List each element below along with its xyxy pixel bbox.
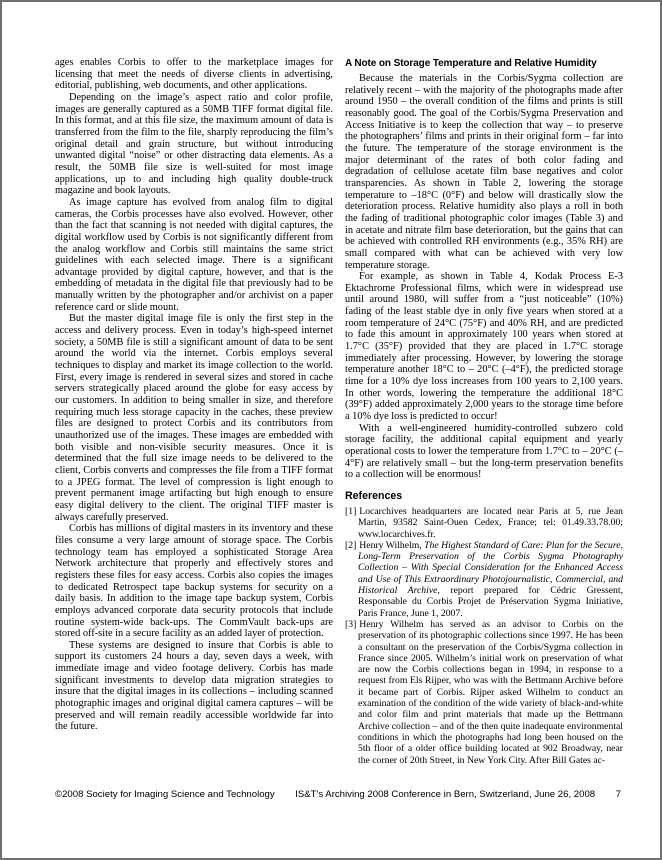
document-page: ages enables Corbis to offer to the mark… (0, 0, 662, 860)
reference-label: [3] (345, 619, 359, 630)
reference-item-2: [2]Henry Wilhelm, The Highest Standard o… (345, 540, 623, 619)
footer-conference-info: IS&T's Archiving 2008 Conference in Bern… (295, 789, 595, 801)
paragraph: As image capture has evolved from analog… (55, 197, 333, 314)
paragraph: For example, as shown in Table 4, Kodak … (345, 271, 623, 423)
references-heading: References (345, 490, 623, 502)
paragraph: But the master digital image file is onl… (55, 313, 333, 523)
right-column: A Note on Storage Temperature and Relati… (345, 57, 623, 766)
reference-label: [1] (345, 506, 359, 517)
paragraph: With a well-engineered humidity-controll… (345, 423, 623, 481)
paragraph: Corbis has millions of digital masters i… (55, 523, 333, 640)
reference-item-1: [1]Locarchives headquarters are located … (345, 506, 623, 540)
paragraph: Because the materials in the Corbis/Sygm… (345, 73, 623, 271)
reference-author: Henry Wilhelm, (359, 540, 424, 551)
reference-text: Locarchives headquarters are located nea… (358, 506, 623, 540)
section-heading-storage-note: A Note on Storage Temperature and Relati… (345, 57, 623, 70)
paragraph: Depending on the image’s aspect ratio an… (55, 92, 333, 197)
left-column: ages enables Corbis to offer to the mark… (55, 57, 333, 766)
page-number: 7 (616, 789, 623, 801)
page-footer: ©2008 Society for Imaging Science and Te… (55, 789, 623, 801)
two-column-layout: ages enables Corbis to offer to the mark… (55, 57, 623, 766)
paragraph: These systems are designed to insure tha… (55, 640, 333, 733)
footer-copyright: ©2008 Society for Imaging Science and Te… (55, 789, 275, 801)
reference-label: [2] (345, 540, 359, 551)
reference-text: Henry Wilhelm has served as an advisor t… (358, 619, 623, 766)
paragraph: ages enables Corbis to offer to the mark… (55, 57, 333, 92)
reference-item-3: [3]Henry Wilhelm has served as an adviso… (345, 619, 623, 766)
